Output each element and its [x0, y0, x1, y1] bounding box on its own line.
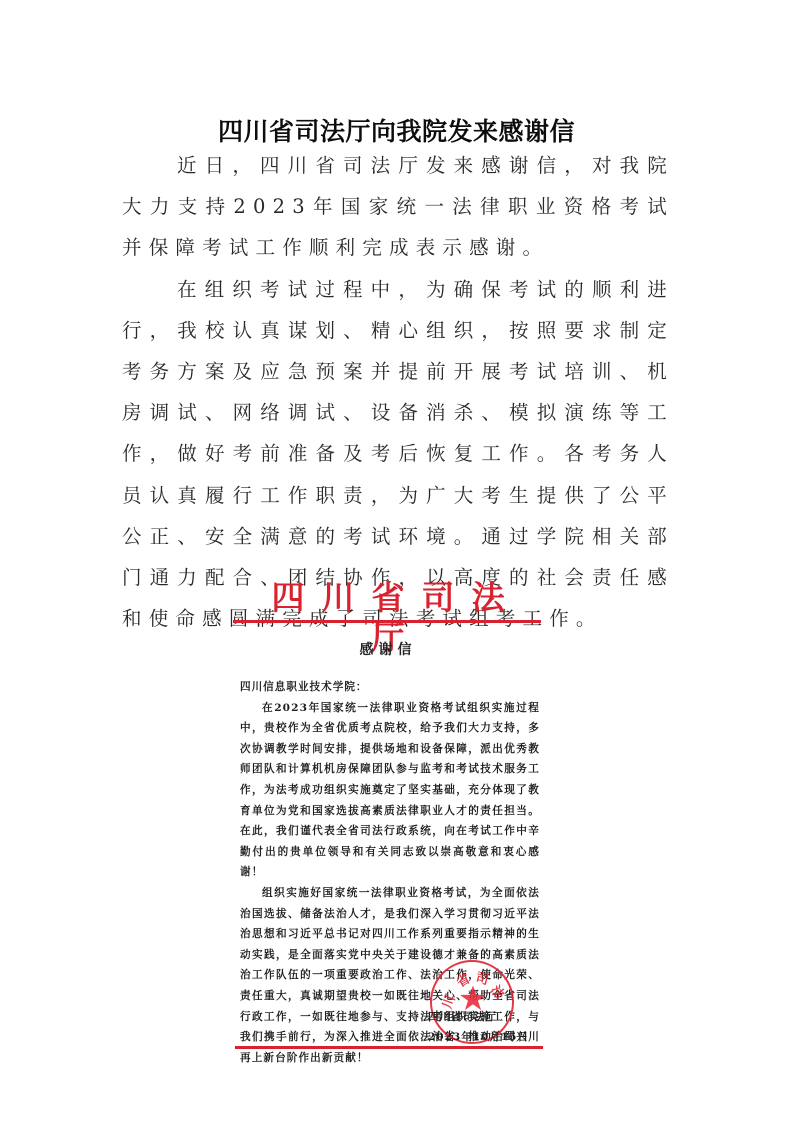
article-body: 近日，四川省司法厅发来感谢信，对我院大力支持2023年国家统一法律职业资格考试并… [122, 145, 674, 639]
letter-paragraph: 在2023年国家统一法律职业资格考试组织实施过程中，贵校作为全省优质考点院校，给… [240, 698, 540, 883]
seal-char: 法 [487, 980, 510, 1002]
letter-salutation: 四川信息职业技术学院： [240, 677, 540, 698]
article-paragraph: 近日，四川省司法厅发来感谢信，对我院大力支持2023年国家统一法律职业资格考试并… [122, 145, 674, 269]
thank-you-letter-image: 四川省司法厅 感谢信 四川信息职业技术学院： 在2023年国家统一法律职业资格考… [233, 572, 543, 1052]
page-title: 四川省司法厅向我院发来感谢信 [0, 112, 793, 148]
letter-date: 2023年10月15日 [428, 1029, 529, 1044]
letter-footer-divider [235, 1046, 543, 1049]
letterhead-divider [233, 620, 541, 623]
letter-signature: 四川省司法厅 [428, 1009, 497, 1024]
letter-title: 感谢信 [233, 639, 543, 659]
